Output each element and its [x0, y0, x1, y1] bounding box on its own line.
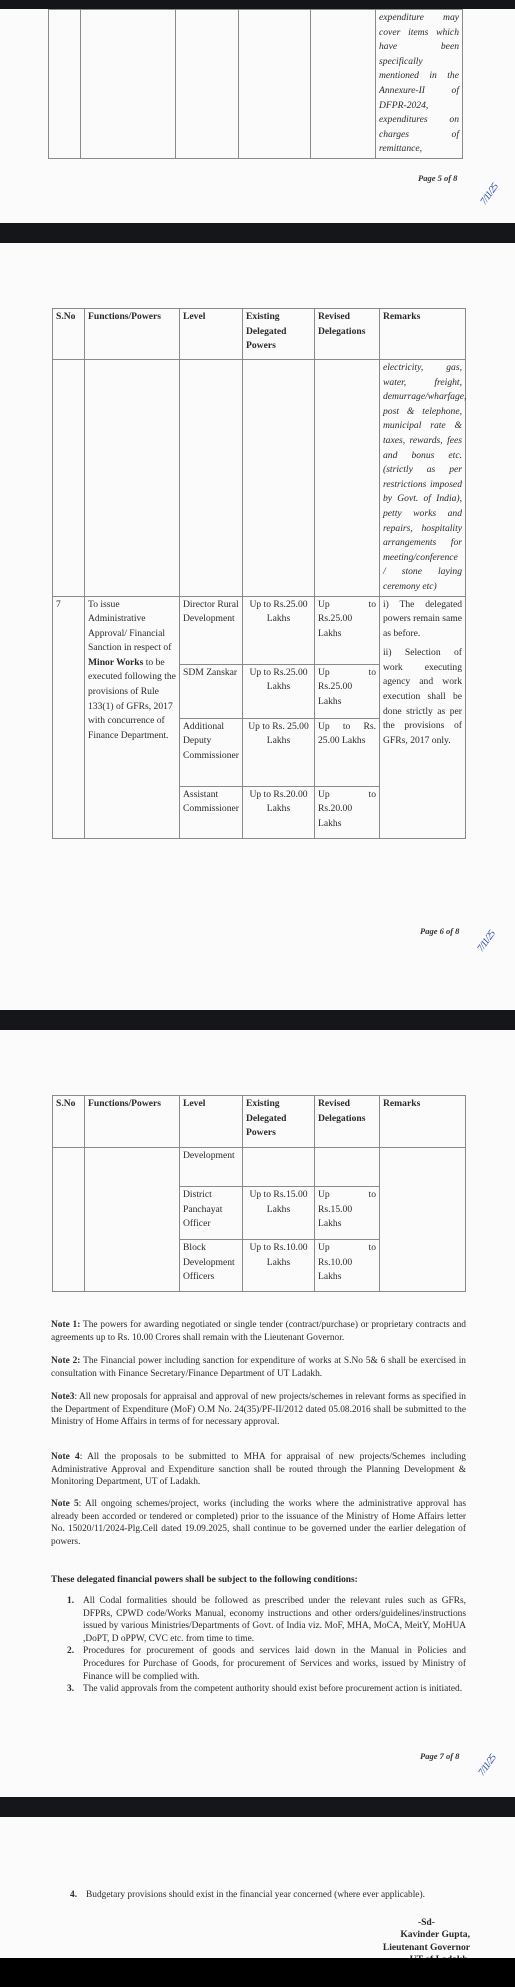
revised-cell: Up to Rs.15.00 Lakhs [315, 1187, 380, 1240]
remarks-cell: expenditure may cover items which have b… [376, 10, 463, 159]
revised-cell: Up to Rs. 25.00 Lakhs [315, 718, 380, 786]
level-cell [176, 10, 239, 159]
condition-number: 4. [70, 1889, 77, 1902]
conditions-list-continued: 4.Budgetary provisions should exist in t… [70, 1889, 470, 1902]
existing-cell: Up to Rs.15.00 Lakhs [243, 1187, 315, 1240]
sno-cell [49, 10, 81, 159]
level-cell: Additional Deputy Commissioner [180, 718, 243, 786]
existing-cell: Up to Rs.25.00 Lakhs [243, 596, 315, 664]
note-text: The powers for awarding negotiated or si… [51, 1320, 466, 1343]
page-5: expenditure may cover items which have b… [0, 9, 515, 223]
page-separator [0, 1958, 515, 1987]
page-number: Page 6 of 8 [420, 926, 459, 936]
level-cell: District Panchayat Officer [180, 1187, 243, 1240]
header-sno: S.No [53, 1096, 85, 1148]
existing-cell: Up to Rs.20.00 Lakhs [243, 786, 315, 838]
header-remarks: Remarks [380, 309, 466, 360]
revised-cell [315, 360, 380, 597]
revised-cell: Up to Rs.10.00 Lakhs [315, 1240, 380, 1292]
note-text: : All ongoing schemes/project, works (in… [51, 1499, 466, 1547]
page-number: Page 7 of 8 [420, 1751, 459, 1761]
header-sno: S.No [53, 309, 85, 360]
condition-text: Procedures for procurement of goods and … [83, 1646, 466, 1681]
header-level: Level [180, 1096, 243, 1148]
revised-cell: Up to Rs.20.00 Lakhs [315, 786, 380, 838]
existing-cell [243, 1148, 315, 1187]
level-cell: SDM Zanskar [180, 664, 243, 718]
delegation-table-page7: S.No Functions/Powers Level Existing Del… [52, 1095, 466, 1292]
note-2: Note 2: The Financial power including sa… [51, 1355, 466, 1380]
existing-cell: Up to Rs.10.00 Lakhs [243, 1240, 315, 1292]
page-6: S.No Functions/Powers Level Existing Del… [0, 243, 515, 1010]
header-level: Level [180, 309, 243, 360]
function-cell [81, 10, 176, 159]
note-4: Note 4: All the proposals to be submitte… [51, 1451, 466, 1489]
conditions-list: 1.All Codal formalities should be follow… [67, 1595, 466, 1696]
note-1: Note 1: The powers for awarding negotiat… [51, 1319, 466, 1344]
page-separator [0, 1010, 515, 1030]
page-8: 4.Budgetary provisions should exist in t… [0, 1817, 515, 1958]
table-row: Development [53, 1148, 466, 1187]
signature-block: -Sd- Kavinder Gupta, Lieutenant Governor… [383, 1917, 470, 1958]
note-3: Note3: All new proposals for appraisal a… [51, 1391, 466, 1429]
function-cell [85, 360, 180, 597]
condition-item: 2.Procedures for procurement of goods an… [67, 1645, 466, 1683]
condition-text: All Codal formalities should be followed… [83, 1596, 466, 1644]
signed-mark: -Sd- [383, 1917, 470, 1929]
delegation-table-page6: S.No Functions/Powers Level Existing Del… [52, 308, 466, 839]
level-cell [180, 360, 243, 597]
existing-cell [243, 360, 315, 597]
condition-number: 3. [67, 1683, 74, 1696]
sno-cell: 7 [53, 596, 85, 838]
condition-item: 1.All Codal formalities should be follow… [67, 1595, 466, 1645]
sno-cell [53, 1148, 85, 1292]
existing-cell: Up to Rs. 25.00 Lakhs [243, 718, 315, 786]
remarks-cell: electricity, gas, water, freight, demurr… [380, 360, 466, 597]
note-label: Note 2: [51, 1356, 80, 1366]
remark-2: ii) Selection of work executing agency a… [383, 646, 462, 748]
header-revised: Revised Delegations [315, 309, 380, 360]
condition-text: Budgetary provisions should exist in the… [86, 1890, 425, 1900]
signatory-name: Kavinder Gupta, [383, 1929, 470, 1941]
revised-cell [315, 1148, 380, 1187]
remark-1: i) The delegated powers remain same as b… [383, 598, 462, 642]
header-revised: Revised Delegations [315, 1096, 380, 1148]
function-bold-text: Minor Works [88, 657, 143, 668]
note-label: Note 4 [51, 1452, 80, 1462]
table-row: 7 To issue Administrative Approval/ Fina… [53, 596, 466, 664]
function-cell: To issue Administrative Approval/ Financ… [85, 596, 180, 838]
handwritten-initials: 7/11/25 [478, 182, 500, 207]
level-cell: Assistant Commissioner [180, 786, 243, 838]
page-7: S.No Functions/Powers Level Existing Del… [0, 1030, 515, 1797]
revised-cell [311, 10, 376, 159]
existing-cell [239, 10, 311, 159]
revised-cell: Up to Rs.25.00 Lakhs [315, 596, 380, 664]
delegation-table-page5: expenditure may cover items which have b… [48, 9, 463, 159]
note-text: : All the proposals to be submitted to M… [51, 1452, 466, 1487]
header-existing: Existing Delegated Powers [243, 1096, 315, 1148]
condition-item: 3.The valid approvals from the competent… [67, 1683, 466, 1696]
level-cell: Block Development Officers [180, 1240, 243, 1292]
handwritten-initials: 7/11/25 [475, 929, 497, 954]
handwritten-initials: 7/11/25 [476, 1753, 498, 1778]
note-text: : All new proposals for appraisal and ap… [51, 1392, 466, 1427]
condition-text: The valid approvals from the competent a… [83, 1684, 462, 1694]
note-5: Note 5: All ongoing schemes/project, wor… [51, 1498, 466, 1548]
function-text: To issue Administrative Approval/ Financ… [88, 599, 171, 654]
existing-cell: Up to Rs.25.00 Lakhs [243, 664, 315, 718]
function-text: to be executed following the provisions … [88, 657, 176, 741]
conditions-heading: These delegated financial powers shall b… [51, 1575, 358, 1585]
condition-item: 4.Budgetary provisions should exist in t… [70, 1889, 470, 1902]
revised-cell: Up to Rs.25.00 Lakhs [315, 664, 380, 718]
header-functions: Functions/Powers [85, 309, 180, 360]
header-existing: Existing Delegated Powers [243, 309, 315, 360]
page-number: Page 5 of 8 [418, 173, 457, 183]
note-label: Note3 [51, 1392, 74, 1402]
signatory-designation: Lieutenant Governor [383, 1942, 470, 1954]
remarks-cell: i) The delegated powers remain same as b… [380, 596, 466, 838]
header-functions: Functions/Powers [85, 1096, 180, 1148]
header-remarks: Remarks [380, 1096, 466, 1148]
level-cell: Development [180, 1148, 243, 1187]
level-cell: Director Rural Development [180, 596, 243, 664]
note-label: Note 1: [51, 1320, 80, 1330]
condition-number: 2. [67, 1645, 74, 1658]
condition-number: 1. [67, 1595, 74, 1608]
function-cell [85, 1148, 180, 1292]
page-separator [0, 1797, 515, 1817]
sno-cell [53, 360, 85, 597]
remarks-cell [380, 1148, 466, 1292]
page-separator [0, 223, 515, 243]
note-text: The Financial power including sanction f… [51, 1356, 466, 1379]
note-label: Note 5 [51, 1499, 79, 1509]
